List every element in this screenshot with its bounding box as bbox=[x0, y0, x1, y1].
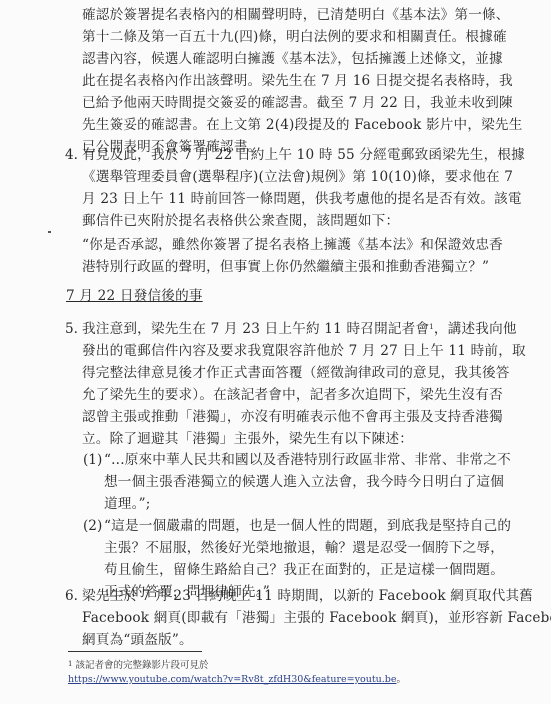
text-line: 確認於簽署提名表格內的相關聲明時，已清楚明白《基本法》第一條、 bbox=[82, 4, 510, 26]
text-line: 認曾主張或推動「港獨」，亦沒有明確表示他不會再主張及支持香港獨 bbox=[82, 406, 503, 428]
text-line: 已給予他兩天時間提交簽妥的確認書。截至 7 月 22 日，我並未收到陳 bbox=[82, 92, 513, 114]
paragraph-number: 5. bbox=[65, 318, 78, 340]
quote-line: 想一個主張香港獨立的候選人進入立法會，我今時今日明白了這個 bbox=[104, 471, 504, 493]
text-line: 月 23 日上午 11 時前回答一條問題，供我考慮他的提名是否有效。該電 bbox=[82, 188, 522, 210]
text-line: 先生簽妥的確認書。在上文第 2(4)段提及的 Facebook 影片中，梁先生 bbox=[82, 114, 523, 136]
footnote-marker: 1 bbox=[68, 660, 72, 668]
text-line: 第十二條及第一百五十九(四)條，明白法例的要求和相關責任。根據確 bbox=[82, 26, 507, 48]
text-line: 得完整法律意見後才作正式書面答覆（經徵詢律政司的意見，我其後答 bbox=[82, 362, 510, 384]
quote-line: 道理。”; bbox=[104, 493, 151, 515]
text-line: 認書內容，候選人確認明白擁護《基本法》，包括擁護上述條文，並據 bbox=[82, 48, 503, 70]
text-line: 郵信件已夾附於提名表格供公衆查閱，該問題如下： bbox=[82, 210, 399, 232]
quote-line: 苟且偷生，留條生路給自己？我正在面對的，正是這樣一個問題。 bbox=[104, 559, 504, 581]
youtube-link[interactable]: https://www.youtube.com/watch?v=Rv8t_zfd… bbox=[68, 674, 396, 685]
text-line: 允了梁先生的要求）。在該記者會中，記者多次追問下，梁先生沒有否 bbox=[82, 384, 503, 406]
item-label: (2) bbox=[83, 515, 102, 537]
text-line: 此在提名表格內作出該聲明。梁先生在 7 月 16 日提交提名表格時，我 bbox=[82, 70, 513, 92]
text-segment: 我注意到，梁先生在 7 月 23 日上午約 11 時召開記者會 bbox=[82, 321, 429, 337]
text-line: 網頁為“頭盔版”。 bbox=[82, 629, 193, 651]
text-line: 有見及此，我於 7 月 22 日約上午 10 時 55 分經電郵致函梁先生，根據 bbox=[82, 144, 525, 166]
quote-line: 主張？不屈服，然後好光榮地撤退，輸？還是忍受一個胯下之辱， bbox=[104, 537, 504, 559]
text-line: 梁先生於 7 月 23 日約晚上 11 時期間，以新的 Facebook 網頁取… bbox=[82, 585, 533, 607]
document-page: 確認於簽署提名表格內的相關聲明時，已清楚明白《基本法》第一條、 第十二條及第一百… bbox=[0, 0, 551, 704]
footnote-divider bbox=[68, 651, 202, 652]
paragraph-number: 6. bbox=[65, 585, 78, 607]
footnote-trailing: 。 bbox=[396, 674, 406, 685]
text-segment: ，講述我向他 bbox=[434, 321, 517, 337]
quote-line: “這是一個嚴肅的問題，也是一個人性的問題，到底我是堅持自己的 bbox=[104, 515, 511, 537]
text-line: 我注意到，梁先生在 7 月 23 日上午約 11 時召開記者會1，講述我向他 bbox=[82, 318, 517, 340]
footnote-reference[interactable]: 1 bbox=[429, 323, 434, 331]
footnote-text-line: 1 該記者會的完整錄影片段可見於 bbox=[68, 659, 209, 673]
quote-line: “...原來中華人民共和國以及香港特別行政區非常、非常、非常之不 bbox=[104, 449, 511, 471]
text-line: 發出的電郵信件內容及要求我寬限容許他於 7 月 27 日上午 11 時前，取 bbox=[82, 340, 526, 362]
scan-speck bbox=[48, 231, 51, 233]
section-heading: 7 月 22 日發信後的事 bbox=[66, 285, 203, 307]
paragraph-number: 4. bbox=[65, 144, 78, 166]
text-line: Facebook 網頁(即載有「港獨」主張的 Facebook 網頁)，並形容新… bbox=[82, 607, 551, 629]
text-line: 《選舉管理委員會(選舉程序)(立法會)規例》第 10(10)條，要求他在 7 bbox=[82, 166, 513, 188]
quote-line: 港特別行政區的聲明，但事實上你仍然繼續主張和推動香港獨立？” bbox=[82, 256, 489, 278]
quote-line: “你是否承認，雖然你簽署了提名表格上擁護《基本法》和保證效忠香 bbox=[82, 234, 503, 256]
item-label: (1) bbox=[83, 449, 102, 471]
text-line: 立。除了迴避其「港獨」主張外，梁先生有以下陳述： bbox=[82, 428, 413, 450]
footnote-text: 該記者會的完整錄影片段可見於 bbox=[76, 660, 209, 671]
footnote-link-line: https://www.youtube.com/watch?v=Rv8t_zfd… bbox=[68, 673, 406, 687]
